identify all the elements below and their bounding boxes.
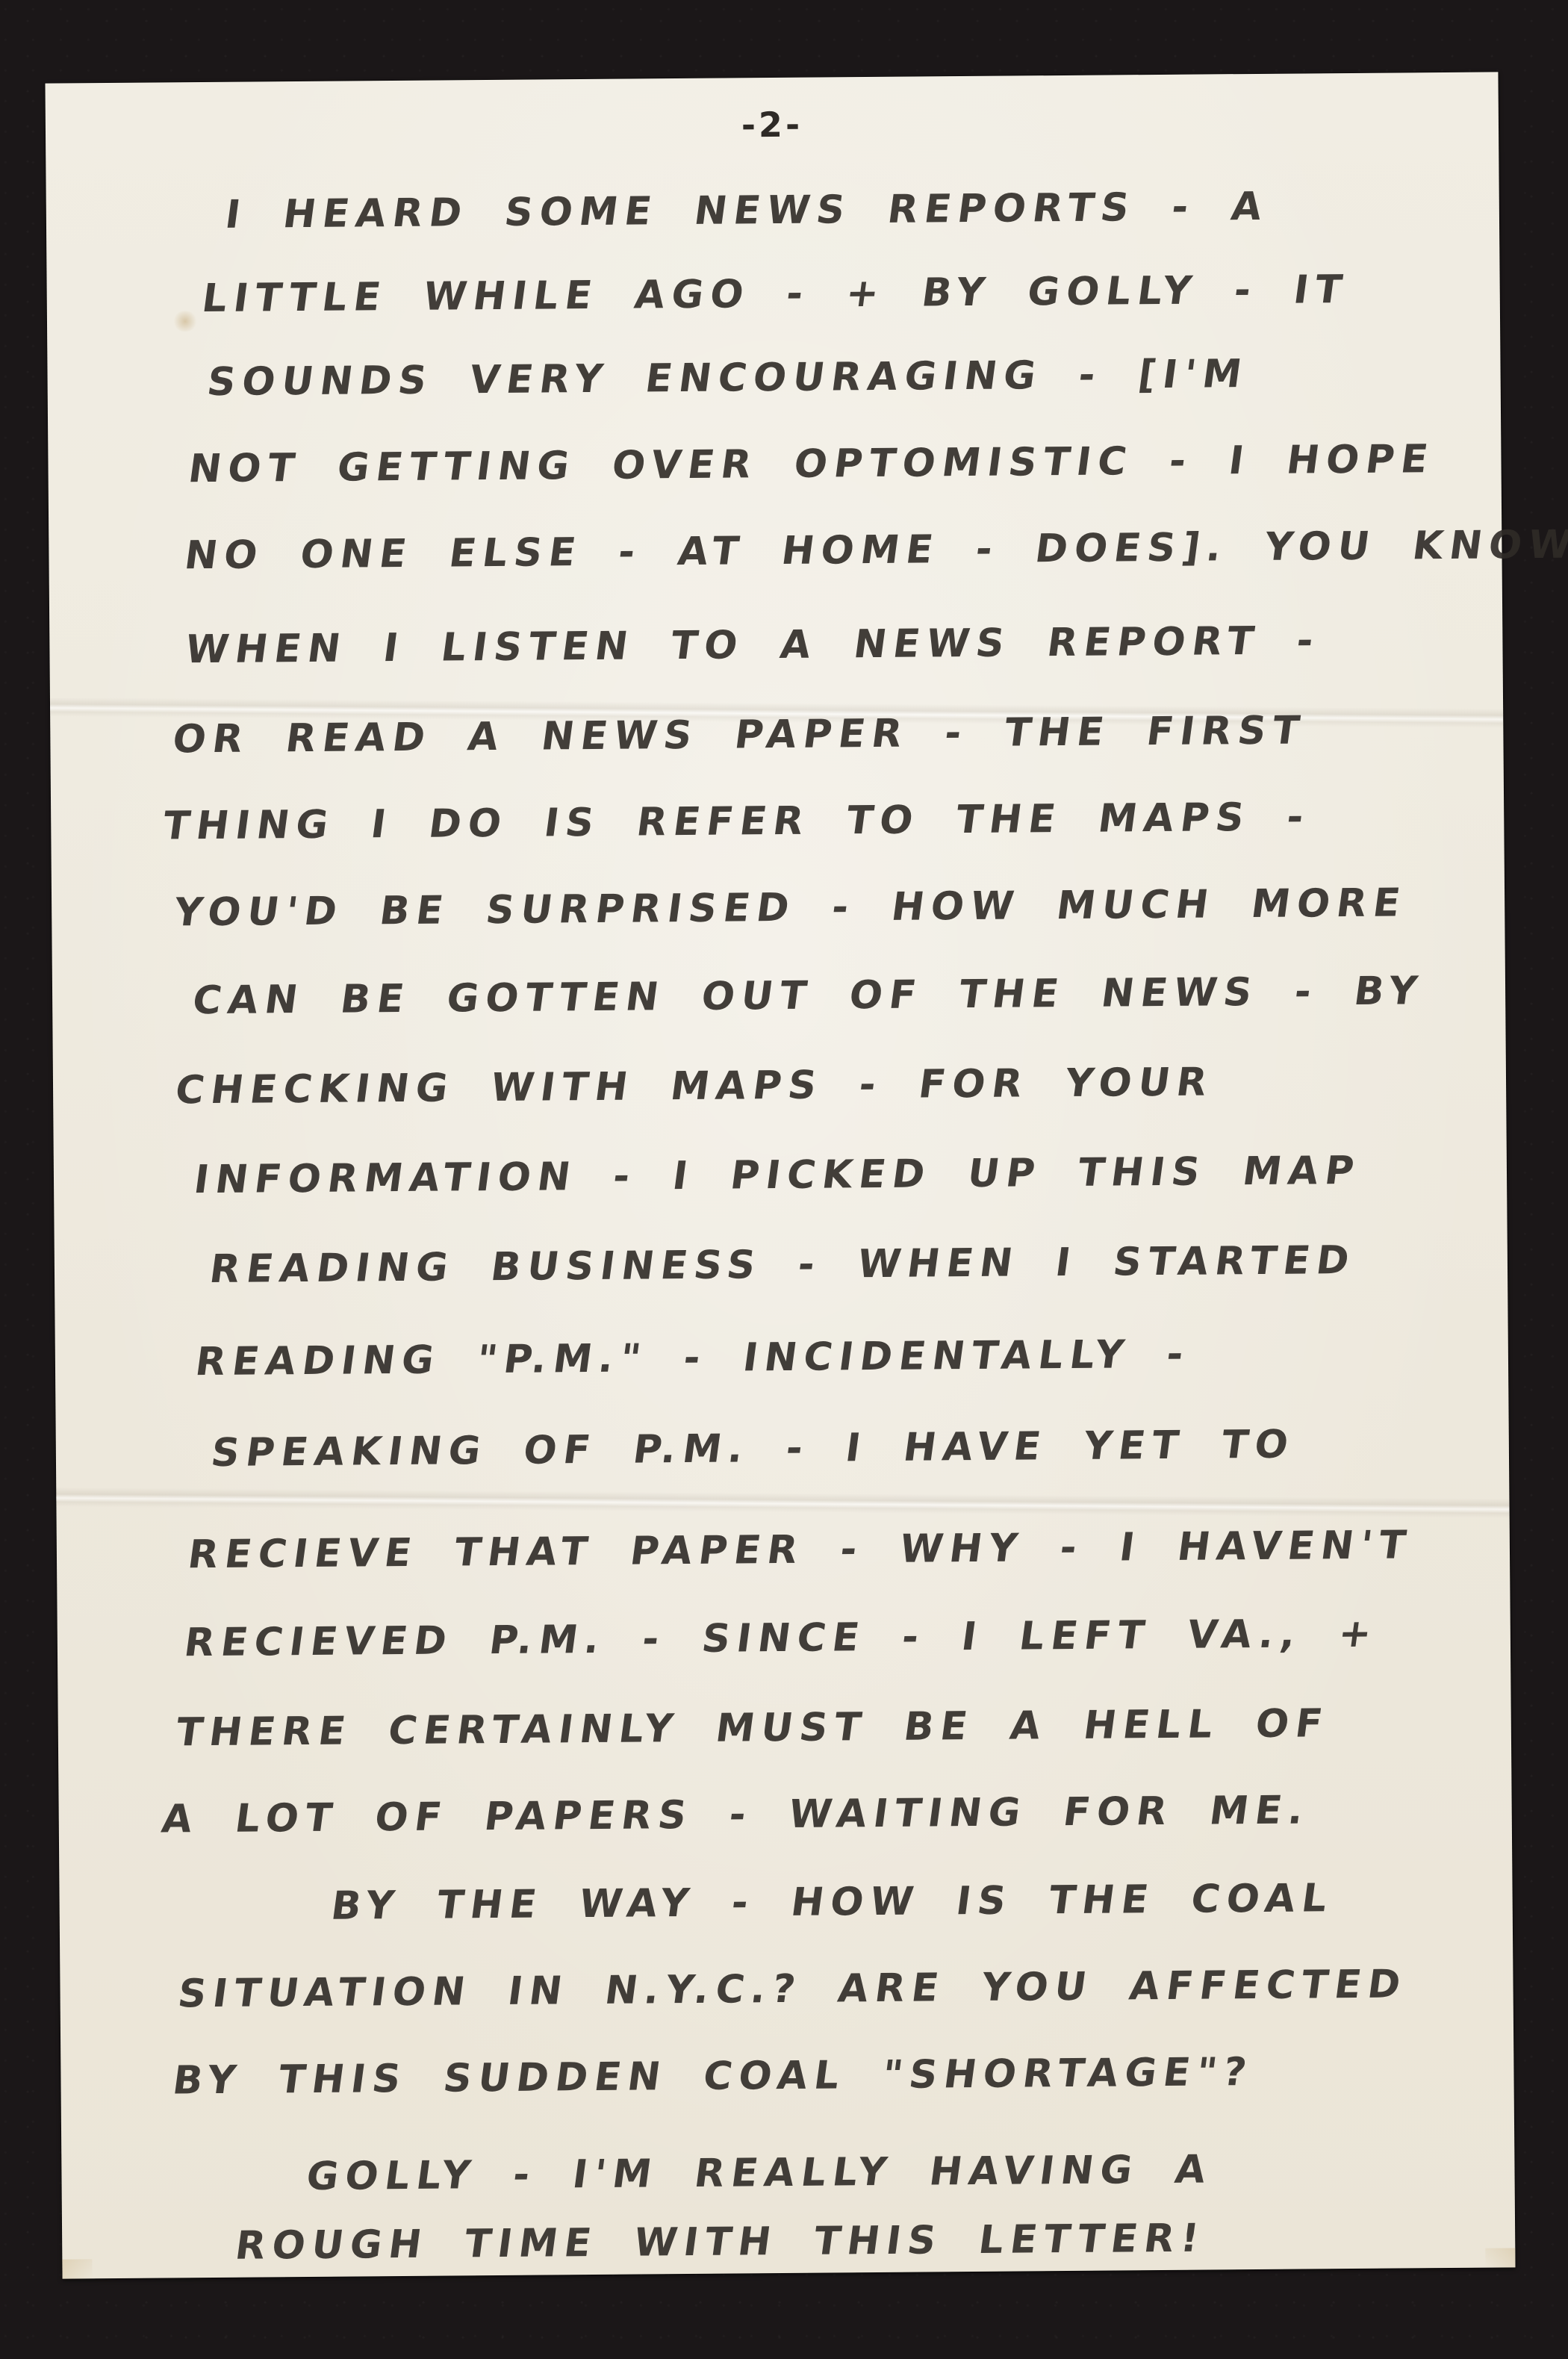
handwritten-line: or read a news paper - the first bbox=[170, 708, 1309, 762]
handwritten-line: By the way - How is the coal bbox=[329, 1876, 1337, 1929]
handwritten-line: a lot of papers - waiting for me. bbox=[159, 1788, 1313, 1841]
handwritten-line: not getting over optomistic - I hope bbox=[186, 437, 1437, 491]
handwritten-line: reading "P.M." - Incidentally - bbox=[193, 1332, 1192, 1385]
handwritten-line: situation in N.Y.C.? Are you affected bbox=[175, 1962, 1410, 2016]
handwritten-line: When I listen to a news report - bbox=[183, 618, 1323, 672]
handwritten-line: by this sudden coal "shortage"? bbox=[170, 2050, 1256, 2103]
fold-crease bbox=[56, 1488, 1509, 1518]
handwritten-line: rough time with this letter! bbox=[232, 2216, 1208, 2269]
letter-page: -2- I heard some news reports - A little… bbox=[45, 72, 1515, 2278]
handwritten-line: checking with maps - For your bbox=[172, 1060, 1216, 1113]
handwritten-line: no one else - at home - does]. You know. bbox=[182, 522, 1568, 578]
handwritten-line: can be gotten out of the news - by bbox=[190, 969, 1426, 1023]
handwritten-line: Golly - I'm really having a bbox=[304, 2147, 1216, 2199]
handwritten-line: I heard some news reports - A bbox=[223, 184, 1271, 237]
paper-stain bbox=[172, 311, 198, 332]
handwritten-line: sounds very encouraging - [I'm bbox=[205, 352, 1251, 405]
handwritten-line: thing I do is refer to the maps - bbox=[161, 795, 1313, 848]
handwritten-line: speaking of P.M. - I have yet to bbox=[208, 1423, 1298, 1476]
paper-corner bbox=[62, 2259, 92, 2278]
handwritten-line: You'd be surprised - how much more bbox=[171, 880, 1409, 935]
handwritten-line: there certainly must be a hell of bbox=[173, 1701, 1332, 1755]
handwritten-line: recieved P.M. - since - I left Va., + bbox=[181, 1611, 1381, 1666]
paper-corner bbox=[1485, 2248, 1515, 2267]
handwritten-line: recieve that paper - Why - I haven't bbox=[185, 1523, 1415, 1577]
handwritten-line: information - I picked up this map bbox=[191, 1149, 1363, 1202]
handwritten-line: little while ago - + By Golly - it bbox=[199, 267, 1351, 321]
handwritten-line: reading business - when I started bbox=[207, 1238, 1358, 1292]
page-number: -2- bbox=[46, 99, 1499, 150]
